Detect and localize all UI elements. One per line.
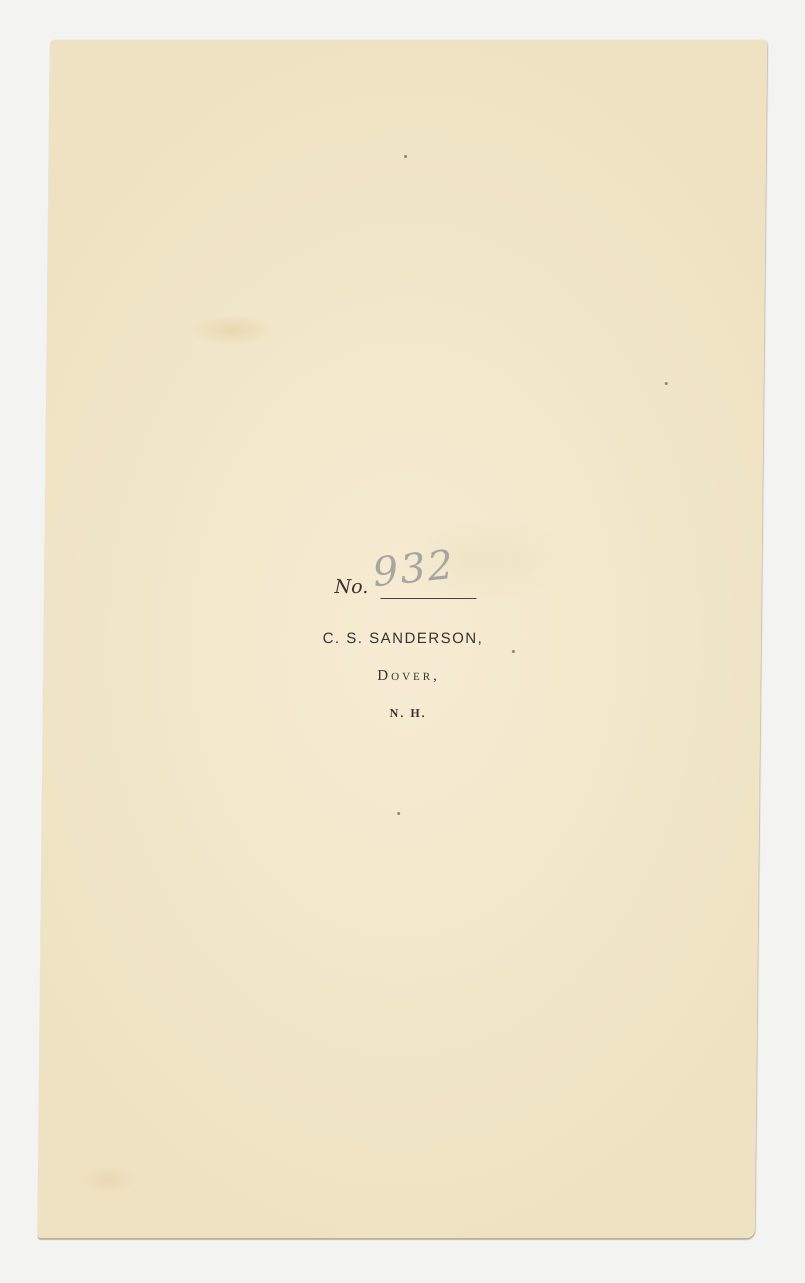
card-body: No. 932 C. S. SANDERSON, Dover, N. H.: [38, 40, 768, 1238]
studio-state: N. H.: [293, 706, 523, 721]
handwritten-number: 932: [371, 542, 457, 596]
scan-background: No. 932 C. S. SANDERSON, Dover, N. H.: [0, 0, 805, 1283]
number-label: No.: [334, 576, 368, 598]
number-field: No. 932: [334, 570, 524, 610]
studio-city: Dover,: [294, 668, 524, 685]
speck: [404, 155, 407, 158]
studio-name: C. S. SANDERSON,: [288, 630, 518, 647]
speck: [397, 812, 400, 815]
number-underline: [380, 598, 476, 599]
photo-card-back: No. 932 C. S. SANDERSON, Dover, N. H.: [38, 40, 768, 1238]
speck: [512, 650, 515, 653]
speck: [665, 382, 668, 385]
